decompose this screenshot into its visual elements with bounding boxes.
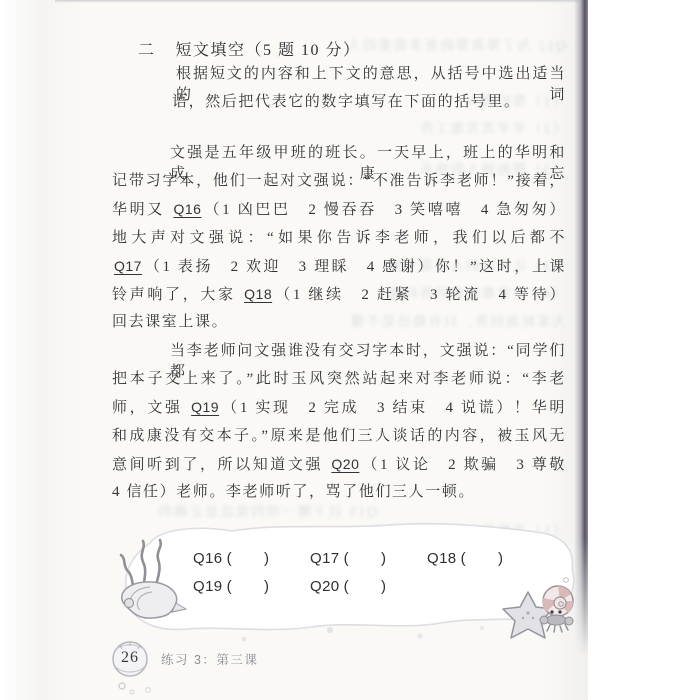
section-number: 二 (138, 42, 156, 59)
scan-top-edge (55, 0, 588, 3)
open-paren: ( (344, 578, 349, 595)
page-number: 26 (112, 649, 148, 667)
story-line: Q17（1 表扬 2 欢迎 3 理睬 4 感谢）你！”这时，上课 (112, 256, 566, 278)
story-line: 华明又 Q16（1 凶巴巴 2 慢吞吞 3 笑嘻嘻 4 急匆匆） (112, 199, 566, 221)
text-segment: 回去课室上课。 (112, 314, 228, 330)
story-line: 记带习字本，他们一起对文强说：“不准告诉李老师！”接着， (112, 171, 566, 192)
page-right-edge-shadow (574, 0, 588, 655)
story-line: 意间听到了，所以知道文强 Q20（1 议论 2 欺骗 3 尊敬 (112, 454, 566, 476)
story-line: 4 信任）老师。李老师听了，骂了他们三人一顿。 (112, 482, 475, 503)
page-number-badge: 26 (112, 641, 148, 677)
question-code: Q18 (242, 286, 274, 302)
text-segment: （1 继续 2 赶紧 3 轮流 4 等待） (274, 287, 566, 303)
answer-slot-q16: Q16() (193, 550, 269, 567)
text-segment: 把本子交上来了。”此时玉风突然站起来对李老师说：“李老 (112, 371, 566, 387)
question-code: Q16 (171, 201, 203, 217)
section-heading: 二短文填空（5 题 10 分） (138, 37, 361, 60)
text-segment: 4 信任）老师。李老师听了，骂了他们三人一顿。 (112, 484, 475, 500)
answer-slot-q19: Q19() (193, 578, 269, 595)
scanned-textbook-page: Q12 为了筹款帮助更多需要的人（1）帮忙别人（2）辛辛苦苦地工作（3）帮助别人… (0, 0, 700, 700)
close-paren: ) (264, 550, 269, 567)
story-line: 回去课室上课。 (112, 312, 228, 333)
open-paren: ( (227, 550, 232, 567)
text-segment: 师，文强 (112, 400, 189, 416)
question-code: Q19 (189, 399, 221, 415)
question-code: Q17 (112, 258, 144, 274)
text-segment: 意间听到了，所以知道文强 (112, 457, 329, 473)
text-segment: 语，然后把代表它的数字填写在下面的括号里。 (172, 94, 521, 110)
question-code: Q20 (329, 456, 361, 472)
text-segment: （1 凶巴巴 2 慢吞吞 3 笑嘻嘻 4 急匆匆） (203, 202, 566, 218)
answer-slot-q18: Q18() (427, 550, 503, 567)
close-paren: ) (381, 578, 386, 595)
answer-label: Q19 (193, 578, 223, 595)
story-line: 铃声响了，大家 Q18（1 继续 2 赶紧 3 轮流 4 等待） (112, 284, 566, 306)
story-line: 师，文强 Q19（1 实现 2 完成 3 结束 4 说谎）！华明 (112, 397, 566, 419)
answer-row-1: Q16()Q17()Q18() (193, 550, 544, 567)
text-segment: 记带习字本，他们一起对文强说：“不准告诉李老师！”接着， (112, 173, 566, 189)
answer-label: Q16 (193, 550, 223, 567)
story-line: 地大声对文强说：“如果你告诉李老师，我们以后都不 (112, 228, 566, 249)
text-segment: 地大声对文强说：“如果你告诉李老师，我们以后都不 (112, 230, 566, 246)
open-paren: ( (227, 578, 232, 595)
text-segment: 华明又 (112, 202, 171, 218)
close-paren: ) (264, 578, 269, 595)
instruction-line: 语，然后把代表它的数字填写在下面的括号里。 (172, 92, 521, 113)
answer-slot-q17: Q17() (310, 550, 386, 567)
answer-label: Q18 (427, 550, 457, 567)
answer-slot-q20: Q20() (310, 578, 386, 595)
footer-exercise-label: 练习 3：第三课 (161, 650, 258, 668)
text-segment: （1 实现 2 完成 3 结束 4 说谎）！华明 (221, 400, 566, 416)
story-line: 和成康没有交本子。”原来是他们三人谈话的内容，被玉风无 (112, 426, 566, 447)
section-title: 短文填空（5 题 10 分） (176, 42, 361, 59)
text-segment: 和成康没有交本子。”原来是他们三人谈话的内容，被玉风无 (112, 428, 566, 444)
open-paren: ( (461, 550, 466, 567)
text-segment: 铃声响了，大家 (112, 287, 242, 303)
answer-label: Q20 (310, 578, 340, 595)
close-paren: ) (498, 550, 503, 567)
text-segment: （1 议论 2 欺骗 3 尊敬 (361, 457, 566, 473)
open-paren: ( (344, 550, 349, 567)
close-paren: ) (381, 550, 386, 567)
answer-row-2: Q19()Q20() (193, 578, 427, 595)
story-line: 把本子交上来了。”此时玉风突然站起来对李老师说：“李老 (112, 369, 566, 390)
answer-label: Q17 (310, 550, 340, 567)
text-segment: （1 表扬 2 欢迎 3 理睬 4 感谢）你！”这时，上课 (144, 259, 566, 275)
